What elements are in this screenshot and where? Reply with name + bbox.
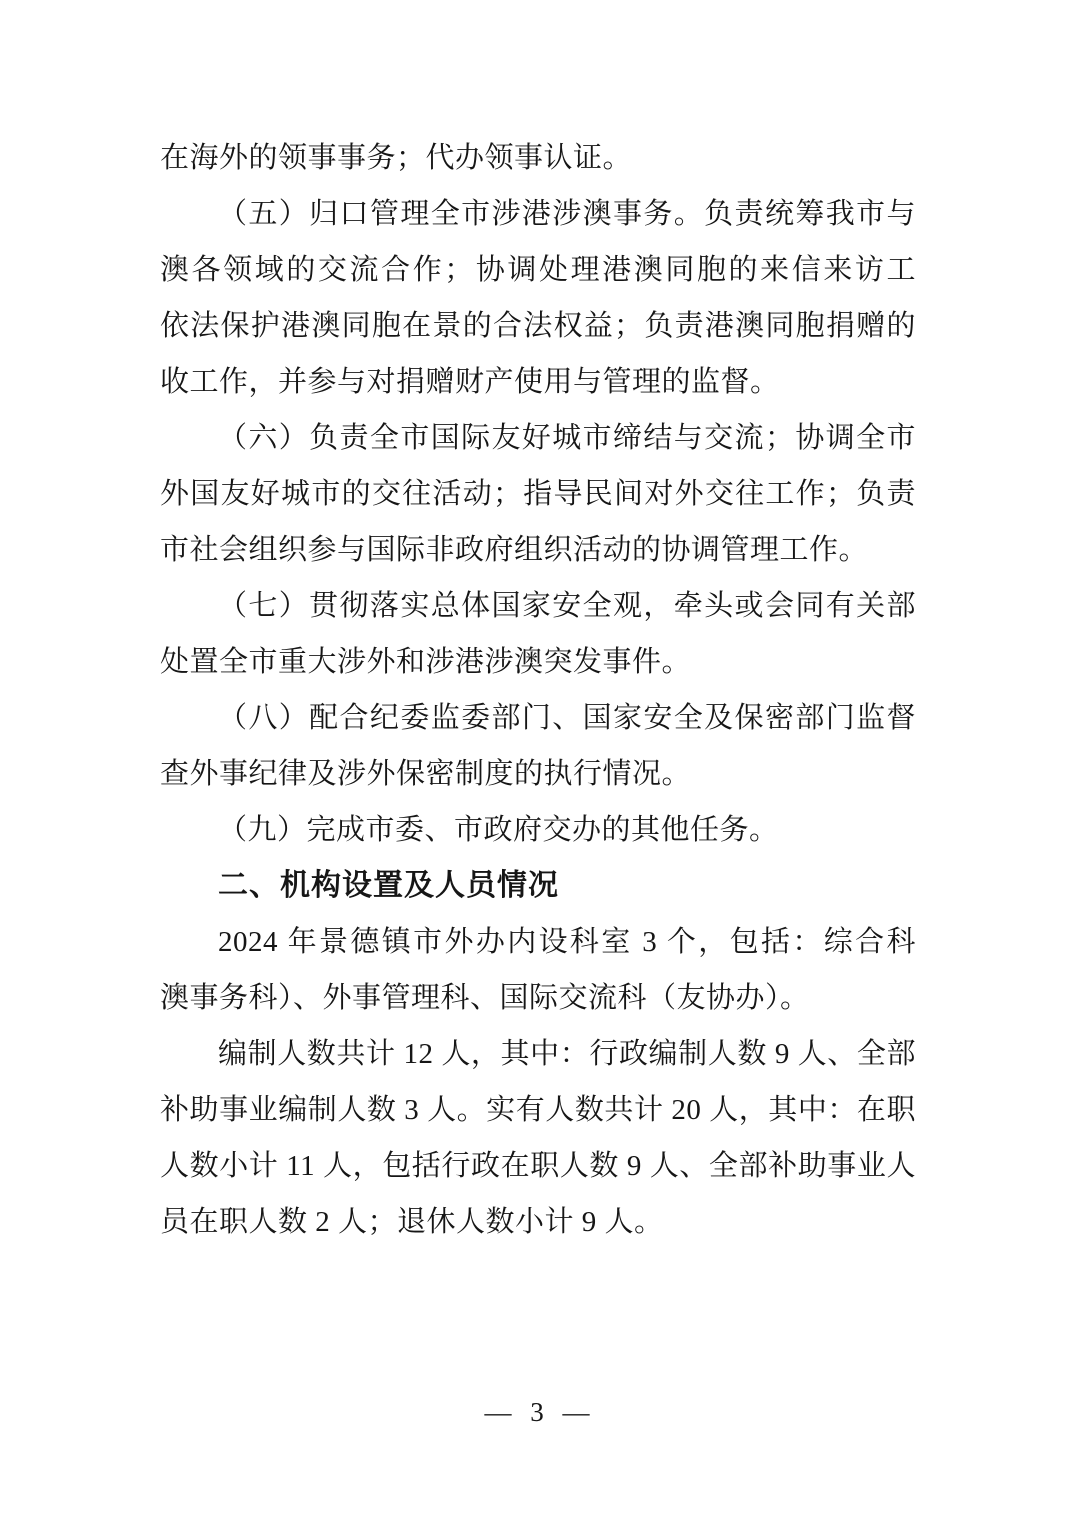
text-line: 市社会组织参与国际非政府组织活动的协调管理工作。 bbox=[160, 522, 916, 578]
text-line: 人数小计 11 人，包括行政在职人数 9 人、全部补助事业人 bbox=[160, 1138, 916, 1194]
text-line: 编制人数共计 12 人，其中：行政编制人数 9 人、全部 bbox=[160, 1026, 916, 1082]
text-line: 依法保护港澳同胞在景的合法权益；负责港澳同胞捐赠的接 bbox=[160, 298, 916, 354]
text-line: （七）贯彻落实总体国家安全观，牵头或会同有关部门 bbox=[160, 578, 916, 634]
text-line: 2024 年景德镇市外办内设科室 3 个，包括：综合科（港 bbox=[160, 914, 916, 970]
text-line: 澳各领域的交流合作；协调处理港澳同胞的来信来访工作， bbox=[160, 242, 916, 298]
text-line: （九）完成市委、市政府交办的其他任务。 bbox=[160, 802, 916, 858]
document-page: 在海外的领事事务；代办领事认证。 （五）归口管理全市涉港涉澳事务。负责统筹我市与… bbox=[0, 0, 1074, 1520]
text-line: 补助事业编制人数 3 人。实有人数共计 20 人，其中：在职 bbox=[160, 1082, 916, 1138]
section-heading: 二、机构设置及人员情况 bbox=[160, 858, 916, 914]
page-number: — 3 — bbox=[0, 1396, 1074, 1428]
text-line: （八）配合纪委监委部门、国家安全及保密部门监督检 bbox=[160, 690, 916, 746]
text-line: 员在职人数 2 人；退休人数小计 9 人。 bbox=[160, 1194, 916, 1250]
text-line: 澳事务科）、外事管理科、国际交流科（友协办）。 bbox=[160, 970, 916, 1026]
text-line: （五）归口管理全市涉港涉澳事务。负责统筹我市与港 bbox=[160, 186, 916, 242]
text-line: （六）负责全市国际友好城市缔结与交流；协调全市与 bbox=[160, 410, 916, 466]
text-line: 外国友好城市的交往活动；指导民间对外交往工作；负责我 bbox=[160, 466, 916, 522]
text-line: 在海外的领事事务；代办领事认证。 bbox=[160, 130, 916, 186]
text-line: 收工作，并参与对捐赠财产使用与管理的监督。 bbox=[160, 354, 916, 410]
text-line: 查外事纪律及涉外保密制度的执行情况。 bbox=[160, 746, 916, 802]
document-body: 在海外的领事事务；代办领事认证。 （五）归口管理全市涉港涉澳事务。负责统筹我市与… bbox=[160, 130, 916, 1250]
text-line: 处置全市重大涉外和涉港涉澳突发事件。 bbox=[160, 634, 916, 690]
